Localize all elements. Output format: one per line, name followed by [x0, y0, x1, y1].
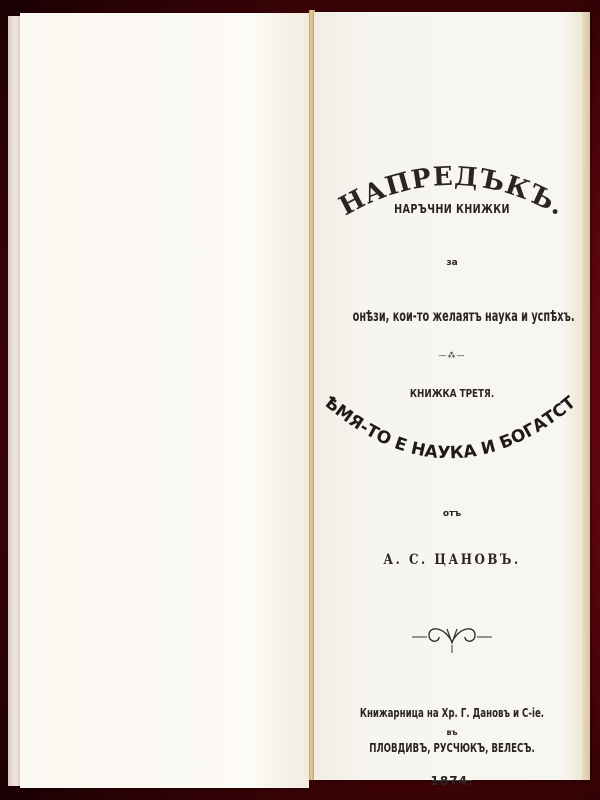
- rule-divider: [314, 766, 590, 767]
- title-page: НАПРЕДЪКЪ. НАРЪЧНИ КНИЖКИ за онѣзи, кои-…: [314, 12, 590, 780]
- author-name: А. С. ЦАНОВЪ.: [335, 552, 570, 568]
- for-word: за: [314, 258, 590, 268]
- in-word: въ: [314, 728, 590, 737]
- audience-line: онѣзи, кои-то желаятъ наука и успѣхъ.: [353, 307, 552, 325]
- svg-text:ВРѢМЯ-ТО Е НАУКА И БОГАТСТВО.: ВРѢМЯ-ТО Е НАУКА И БОГАТСТВО.: [317, 392, 580, 463]
- publication-cities: ПЛОВДИВЪ, РУСЧЮКЪ, ВЕЛЕСЪ.: [353, 741, 552, 755]
- publisher-line: Книжарница на Хр. Г. Дановъ и С-ie.: [353, 706, 552, 720]
- publication-year: 1874.: [314, 774, 590, 788]
- ornament-divider: —⁂—: [314, 351, 590, 360]
- blank-verso-page: [20, 13, 309, 788]
- main-title: ВРѢМЯ-ТО Е НАУКА И БОГАТСТВО.: [314, 392, 590, 472]
- by-word: отъ: [314, 509, 590, 519]
- subtitle: НАРЪЧНИ КНИЖКИ: [342, 202, 563, 216]
- ornament-vignette-icon: [314, 617, 590, 657]
